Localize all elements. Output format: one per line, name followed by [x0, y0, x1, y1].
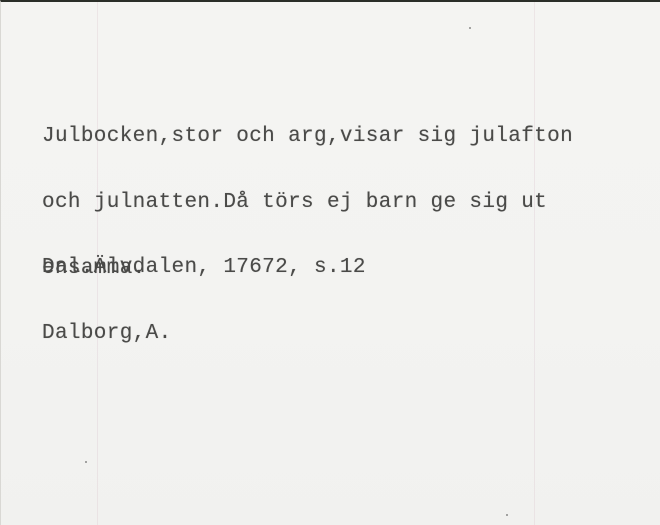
archive-index-card: Julbocken,stor och arg,visar sig julafto…	[0, 0, 660, 525]
paper-speck	[469, 27, 471, 29]
body-line-2: och julnatten.Då törs ej barn ge sig ut	[42, 192, 573, 214]
source-line: Dal.Älvdalen, 17672, s.12	[42, 257, 366, 279]
body-line-1: Julbocken,stor och arg,visar sig julafto…	[42, 126, 573, 148]
collector-line: Dalborg,A.	[42, 323, 366, 345]
paper-speck	[506, 514, 508, 516]
card-reference: Dal.Älvdalen, 17672, s.12 Dalborg,A.	[42, 213, 366, 389]
paper-speck	[85, 461, 87, 463]
